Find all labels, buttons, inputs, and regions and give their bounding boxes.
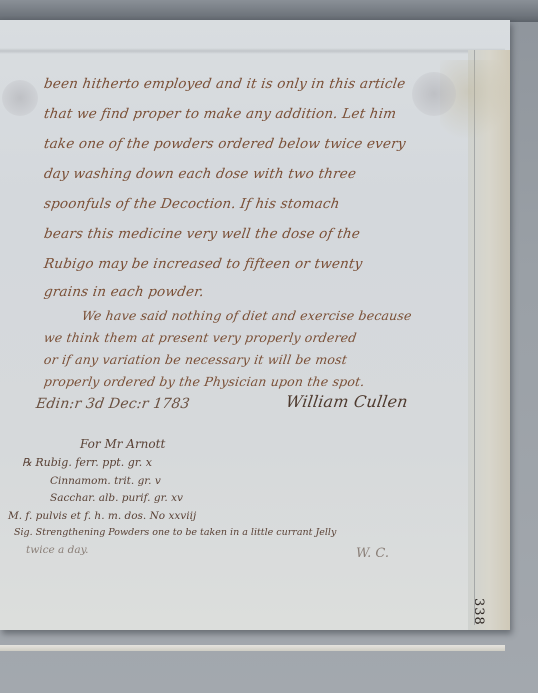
prescription-line: Sacchar. alb. purif. gr. xv: [50, 492, 183, 504]
seal-stain-left: [2, 80, 38, 116]
prescription-initials: W. C.: [356, 546, 389, 561]
body-line: grains in each powder.: [43, 284, 205, 300]
body-line: been hitherto employed and it is only in…: [43, 76, 407, 92]
date-line: Edin:r 3d Dec:r 1783: [35, 396, 191, 412]
signature: William Cullen: [285, 392, 409, 411]
archive-number: 338: [471, 598, 486, 626]
prescription-line: ℞ Rubig. ferr. ppt. gr. x: [22, 456, 152, 469]
prescription-line: M. f. pulvis et f. h. m. dos. No xxviij: [8, 510, 196, 522]
body-line: we think them at present very properly o…: [43, 330, 358, 345]
body-line: take one of the powders ordered below tw…: [43, 136, 407, 152]
body-line: day washing down each dose with two thre…: [43, 166, 357, 182]
prescription-line: Cinnamom. trit. gr. v: [50, 475, 161, 487]
background-top-shadow: [0, 0, 538, 22]
seal-stain-right: [412, 72, 456, 116]
body-line: spoonfuls of the Decoction. If his stoma…: [43, 196, 341, 212]
body-line: We have said nothing of diet and exercis…: [81, 308, 413, 323]
body-line: Rubigo may be increased to fifteen or tw…: [43, 256, 364, 272]
body-line: properly ordered by the Physician upon t…: [43, 374, 366, 389]
body-line: bears this medicine very well the dose o…: [43, 226, 361, 242]
prescription-line: twice a day.: [26, 544, 88, 556]
body-line: that we find proper to make any addition…: [43, 106, 397, 122]
page-crease: [0, 48, 505, 54]
page-bottom-edge: [0, 645, 505, 651]
prescription-line: Sig. Strengthening Powders one to be tak…: [14, 527, 336, 538]
prescription-heading: For Mr Arnott: [80, 437, 165, 451]
body-line: or if any variation be necessary it will…: [43, 352, 348, 367]
